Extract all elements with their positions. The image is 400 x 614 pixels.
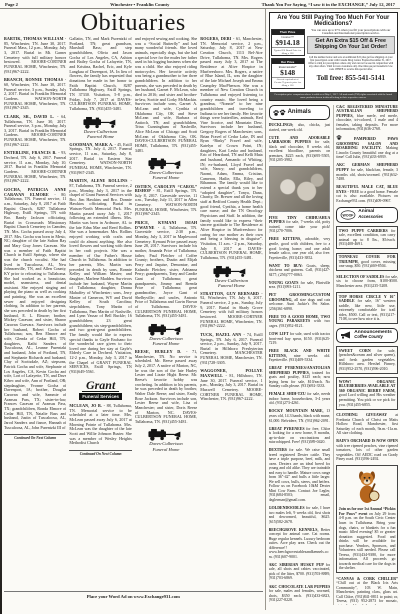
funeral-carriage-icon [80,116,122,129]
obituary-ostien: OSTIEN, CAROLYN “CAROL” BISHOP - 81, Est… [135,185,197,218]
their-price-note: Typical US Brand Price for 40mg x 100 [272,47,304,55]
classified-ad-lead: DEXTERS [269,448,290,452]
woof-logo-icon: WOOF [340,210,356,220]
funeral-carriage-icon [145,323,187,336]
classified-ad-free-kittens: FREE KITTENS, adorable, very gentle, goo… [269,237,331,260]
obituary-stratton: STRATTON, GUY BERNARD - 92, Winchester, … [200,292,262,329]
classified-ads: AnimalsDUCKLINGS; also, chicks, just sta… [269,105,398,605]
funeral-carriage-icon [210,265,252,278]
daves-culbertson-logo: Daves-CulbertsonFuneral Home [135,428,197,451]
dog-banjo-cartoon [351,469,383,505]
classified-ad-pickin-for-paws: Join us for our 1st Annual “Pickin For P… [336,465,398,573]
page-number: Page 2 [5,2,18,7]
daves-culbertson-logo-text2: Funeral Home [135,341,197,346]
paw-icon [336,135,342,140]
classified-column-left: AnimalsDUCKLINGS; also, chicks, just sta… [269,105,331,605]
obituary-clark: CLARK, SR., DAVID L. - 64, Tullahoma, TN… [4,115,66,148]
classified-ad-cow-lift: COW LIFT for sale, used with tractor fro… [269,332,331,346]
classified-ad-mare: ROCKY MOUNTAIN MARE, 13 years old, 14.3 … [269,409,331,423]
continued-note: Continued On Next Column [4,434,66,440]
daves-culbertson-logo-text2: Funeral Home [135,175,197,180]
obituary-martin: MARTIN, ALENE ROLLINS - 87, Tullahoma, T… [69,179,131,375]
classified-ad-lead: CUTE AND ADORABLE LABRADOR PUPPIES [269,136,331,145]
classified-ad-clothing-giveaway: CLOTHING GIVEAWAY at Fredonia Church of … [336,413,398,436]
classified-ad-lead: PET GROOMING/CUSTOM GROOMING, [269,293,331,302]
classified-ad-lead: CLOTHING GIVEAWAY [336,413,395,417]
obituary-name: MCLEAN, JO B. [69,403,103,408]
svg-text:WOOF: WOOF [343,213,355,217]
obituary-price: PRICE, KYMANI ISIAH D'WAYNE - 4, Tullaho… [135,221,197,319]
classified-ad-bw-kittens: FREE BLACK AND WHITE KITTENS, nine weeks… [269,349,331,363]
section-header-subtitle: Coffee County [354,335,392,339]
classified-ad-lead: FREE BLACK AND WHITE KITTENS, [269,349,331,358]
grant-funeral-services-logo: GrantFuneral Services [69,379,131,400]
obituary-name: ENTERLINE, FRANCIS B. [4,150,58,155]
classified-ad-lead: TOP HORSE CIRCLE Y 16" SADDLE [339,295,396,304]
classified-ad-lead: TWO PUPPY CARRIERS [339,229,391,233]
page-body: Obituaries BARTIK, THOMAS WILLIAM - 85, … [0,9,400,610]
obituary-enterline: ENTERLINE, FRANCIS B. - 93, Decherd, TN.… [4,151,66,184]
our-price-value: $148 [272,69,304,77]
daves-culbertson-logo: Daves-CulbertsonFuneral Home [135,157,197,180]
classified-ad-goldendoodles: GOLDENDOODLES for sale, I have two males… [269,506,331,524]
obituary-gocha-2: Gallatin, TN, and Mark Purentzki of Port… [69,37,131,112]
classified-ad-lead: AKC CHOCOLATE LAB PUPPIES [269,585,331,589]
funeral-carriage-icon [145,428,187,441]
classified-ad-lead: WOW! ORGANIC BLUEBERRIES AVAILABLE AT 36… [339,380,396,393]
classified-ad-lead: FREE KITTENS, [269,237,306,241]
obituary-name: MARTIN, ALENE ROLLINS [69,178,130,183]
our-price-note: Generic equivalent of Crestor™ generic p… [272,77,304,88]
classified-ad-lead: AKC GERMAN SHEPHERD PUPPY [336,163,398,172]
obituary-column-1: BARTIK, THOMAS WILLIAM - 85, Winchester,… [4,37,66,589]
daves-culbertson-logo-text2: Funeral Home [200,283,262,288]
classified-ad-want-to-buy: WANT TO BUY: Goats, sheep, chickens and … [269,264,331,278]
classified-ad-lab-puppies: CUTE AND ADORABLE LABRADOR PUPPIES for s… [269,136,331,163]
classified-ad-lead: SELECTION OF SADDLES [336,275,385,279]
classified-ad-lead: “CANVAS & CORK CHILLER” [336,577,398,581]
classified-ad-lead: WANT TO BUY: [269,264,307,268]
classified-ad-pyrenees-free: GREAT PYRENEES for free, Chloe is lookin… [269,427,331,445]
classified-ad-beechgrove: BEECHGROVE KENNELS, Better concept for a… [269,528,331,560]
classified-ad-husky: AKC SIBERIAN HUSKY PUP for sale, all sho… [269,563,331,581]
obituary-name: BRANCH, RONNIE THOMAS [4,77,65,82]
classified-ad-lead: COW LIFT [269,332,290,336]
classified-ad-pampered-paws: PAMPERED PAWS GROOMING SALON AND BOARDIN… [336,135,398,160]
classified-ad-chocolate-lab: AKC CHOCOLATE LAB PUPPIES for sale, male… [269,585,331,603]
obituary-name: PRICE, KYMANI ISIAH D'WAYNE [135,220,197,230]
obituary-name: CLARK, SR., DAVID L. [4,114,57,119]
classified-ad-german-shepherd: AKC GERMAN SHEPHERD PUPPY for sale, blac… [336,163,398,181]
obituary-columns: BARTIK, THOMAS WILLIAM - 85, Winchester,… [4,37,263,589]
classified-ad-shih-tzu: FEMALE SHIH-TZU for sale, needs indoor h… [269,392,331,406]
classified-ad-lead: BAIN'S ORCHARD IS NOW OPEN [336,439,398,443]
medication-ad-offer: Get An Extra $15 Off & Free Shipping On … [307,36,395,54]
obituary-name: ROGERS, DEBI [200,37,233,41]
obituary-branch: BRANCH, RONNIE THOMAS - 60, Winchester, … [4,78,66,111]
classified-ad-lead: SWEET CORN [339,349,378,353]
classified-ad-pyrenees-anatolian: GREAT PYRENEES/ANATOLIAN SHEPHERD PUPPIE… [269,366,331,389]
section-header-title: AnnouncementsCoffee County [354,331,392,340]
obituary-name: STRATTON, GUY BERNARD [200,291,261,296]
obituary-rogers: ROGERS, DEBI - 61, Manchester, TN. Memor… [200,37,262,261]
obituary-column-3: and enjoyed sewing and cooking. She was … [135,37,197,589]
classified-ad-young-goats: YOUNG GOATS for sale, Flintville area. (… [269,281,331,290]
section-header-announcements: AnnouncementsCoffee County [336,328,398,343]
classified-ad-circle-y: TOP HORSE CIRCLE Y 16" SADDLE for sale, … [336,292,398,324]
daves-culbertson-logo-text2: Funeral Home [135,447,197,452]
classified-ad-lead: BEECHGROVE KENNELS, [269,528,321,532]
price-comparison: Their Price Crestor™ $914.18 Typical US … [271,29,305,91]
medication-ad-subtext: You can save up to 97% when you fill you… [307,29,395,37]
classified-ad-lead: YOUNG GOATS [269,281,301,285]
obituary-tuck: TUCK, HAZEL ANN - 74, Estill Springs, TN… [200,333,262,366]
obituary-column-2: Gallatin, TN, and Mark Purentzki of Port… [69,37,131,589]
classified-ad-lead: ROCKY MOUNTAIN MARE, [269,409,327,413]
classified-ad-lead: Join us for our 1st Annual “Pickin For P… [339,507,396,516]
their-price-value: $914.18 [272,39,304,47]
medication-ad-phone: Toll free: 855-541-5141 [307,73,395,84]
daves-culbertson-logo: Daves-CulbertsonFuneral Home [135,323,197,346]
classified-ad-lead: GREAT PYRENEES/ANATOLIAN SHEPHERD PUPPIE… [269,366,331,375]
classified-ad-bains-orchard: BAIN'S ORCHARD IS NOW OPEN with tree rip… [336,439,398,462]
obituary-name: TUCK, HAZEL ANN [200,332,243,337]
page-header: Page 2 Winchester • Franklin County Than… [0,0,400,9]
medication-ad-offer-area: You can save up to 97% when you fill you… [305,29,396,91]
scan-gutter-shadow [0,238,2,614]
obituary-name: OSTIEN, CAROLYN “CAROL” BISHOP [135,184,197,194]
medication-ad-disclaimer: Prescription price comparison above is v… [270,92,397,100]
classified-ad-aussie: C&C REGISTERED MINIATURE AUSTRALIAN SHEP… [336,105,398,132]
classified-ad-canvas-cork: “CANVAS & CORK CHILLER” “Chill out at th… [336,577,398,605]
classified-ad-saddles: SELECTION OF SADDLES for sale, six to ch… [336,275,398,289]
classified-ad-lead: DUCKLINGS; [269,123,298,127]
our-price-box: Our Price Rosuvastatin* $148 Generic equ… [271,58,305,89]
obituary-name: REESE, HURLEY D. [135,349,186,354]
daves-culbertson-logo-text2: Funeral Home [69,134,131,139]
medication-ad-fine-print: Call the number below and save an additi… [307,54,395,73]
funeral-carriage-icon [145,157,187,170]
classified-ad-lead: FIVE TINY CHIHUAHUA PUPPIES [269,216,331,225]
daves-culbertson-logo: Daves-CulbertsonFuneral Home [69,116,131,139]
medication-ad-body: Their Price Crestor™ $914.18 Typical US … [270,28,397,92]
section-header-title: AnimalAccessories [358,210,383,219]
classified-ad-lead: PAMPERED PAWS GROOMING SALON AND BOARDIN… [336,137,398,150]
classified-ad-sweet-corn: SWEET CORN for sale, (peaches&cream and … [336,346,398,374]
obituaries-section: Obituaries BARTIK, THOMAS WILLIAM - 85, … [0,9,265,610]
classified-column-right: C&C REGISTERED MINIATURE AUSTRALIAN SHEP… [333,105,398,605]
grant-logo-name: Grant [82,379,119,392]
paw-prints-icon [273,108,286,117]
obituary-gocha-1: GOCHA, PATRICIA ANNE CARAVAN ELMORE - 80… [4,188,66,430]
section-header-title: Animals [288,109,311,115]
classified-ad-tonneau: TONNEAU COVER FOR TRIUMPH, good cover, m… [336,253,398,272]
classified-ad-lead: GOLDENDOODLES [269,506,306,510]
classified-ad-pet-grooming: PET GROOMING/CUSTOM GROOMING, all size d… [269,293,331,311]
classifieds-rail: Are You Still Paying Too Much For Your M… [265,9,400,610]
continued-note: Continued On Next Column [69,450,131,456]
medication-ad: Are You Still Paying Too Much For Your M… [269,12,398,101]
classified-ad-male-cat: BEAUTIFUL MALE CAT, BLUE EYES - FREE to … [336,185,398,203]
classified-ad-chihuahua: FIVE TINY CHIHUAHUA PUPPIES for sale, 7-… [269,216,331,234]
header-slogan: Thank You For Saying, “I saw it in the E… [262,2,395,7]
classified-ad-parakeets: FREE TO A GOOD HOME, TWO YOUNG PARAKEETS… [269,315,331,329]
classified-ad-blueberries: WOW! ORGANIC BLUEBERRIES AVAILABLE AT 36… [336,377,398,409]
classified-ad-puppy-carriers: TWO PUPPY CARRIERS for sale, excellent c… [336,226,398,249]
obituary-bartik: BARTIK, THOMAS WILLIAM - 85, Winchester,… [4,37,66,74]
section-header-subtitle: Accessories [358,215,383,219]
obituary-name: GOCHA, PATRICIA ANNE CARAVAN ELMORE [4,187,66,197]
section-header-accessories: WOOFAnimalAccessories [336,207,398,223]
obituary-name: WAGGONER, POLLYE MAXWELL [200,368,262,378]
their-price-box: Their Price Crestor™ $914.18 Typical US … [271,29,305,57]
classified-ad-lead: GREAT PYRENEES [269,427,307,431]
dog-image [339,468,396,508]
classified-ad-lead: AKC SIBERIAN HUSKY PUP [269,563,326,567]
obituary-mclean-1: MCLEAN, JO B. - 88, Tullahoma, TN. Memor… [69,404,131,446]
word-ad-footer: Place your Word Ad on www.Exchange931.co… [4,591,263,604]
header-region: Winchester • Franklin County [110,2,169,7]
medication-ad-headline: Are You Still Paying Too Much For Your M… [270,13,397,28]
pets-photo [269,166,331,212]
obituaries-title: Obituaries [4,9,263,37]
classified-ad-lead: C&C REGISTERED MINIATURE AUSTRALIAN SHEP… [336,105,398,118]
obituary-waggoner: WAGGONER, POLLYE MAXWELL - 81, Hillsboro… [200,369,262,402]
classified-ad-dexters: DEXTERS for sale. We raise small breed r… [269,448,331,502]
megaphone-icon [340,331,352,339]
classified-ad-lead: TONNEAU COVER FOR TRIUMPH, [339,255,396,264]
obituary-goodman: GOODMAN, MARK A. - 45, Estill Springs, T… [69,143,131,176]
daves-culbertson-logo: Daves-CulbertsonFuneral Home [200,265,262,288]
classified-ad-lead: FEMALE SHIH-TZU [269,392,307,396]
grant-logo-banner: Funeral Services [79,393,122,400]
classified-ad-ducklings: DUCKLINGS; also, chicks, just started, o… [269,123,331,132]
obituary-name: GOODMAN, MARK A. [69,142,114,147]
section-header-animals: Animals [269,105,331,120]
newspaper-page: Page 2 Winchester • Franklin County Than… [0,0,400,614]
obituary-mclean-2: and enjoyed sewing and cooking. She was … [135,37,197,153]
obituary-column-4: ROGERS, DEBI - 61, Manchester, TN. Memor… [200,37,262,589]
grant-logo-banner-wrap: Funeral Services [69,392,131,400]
classified-ad-lead: BEAUTIFUL MALE CAT, BLUE EYES [336,185,398,194]
classified-ad-lead: FREE TO A GOOD HOME, TWO YOUNG PARAKEETS [269,315,331,324]
obituary-reese: REESE, HURLEY D. - 71, Manchester, TN. N… [135,350,197,425]
obituary-name: BARTIK, THOMAS WILLIAM [4,37,65,41]
